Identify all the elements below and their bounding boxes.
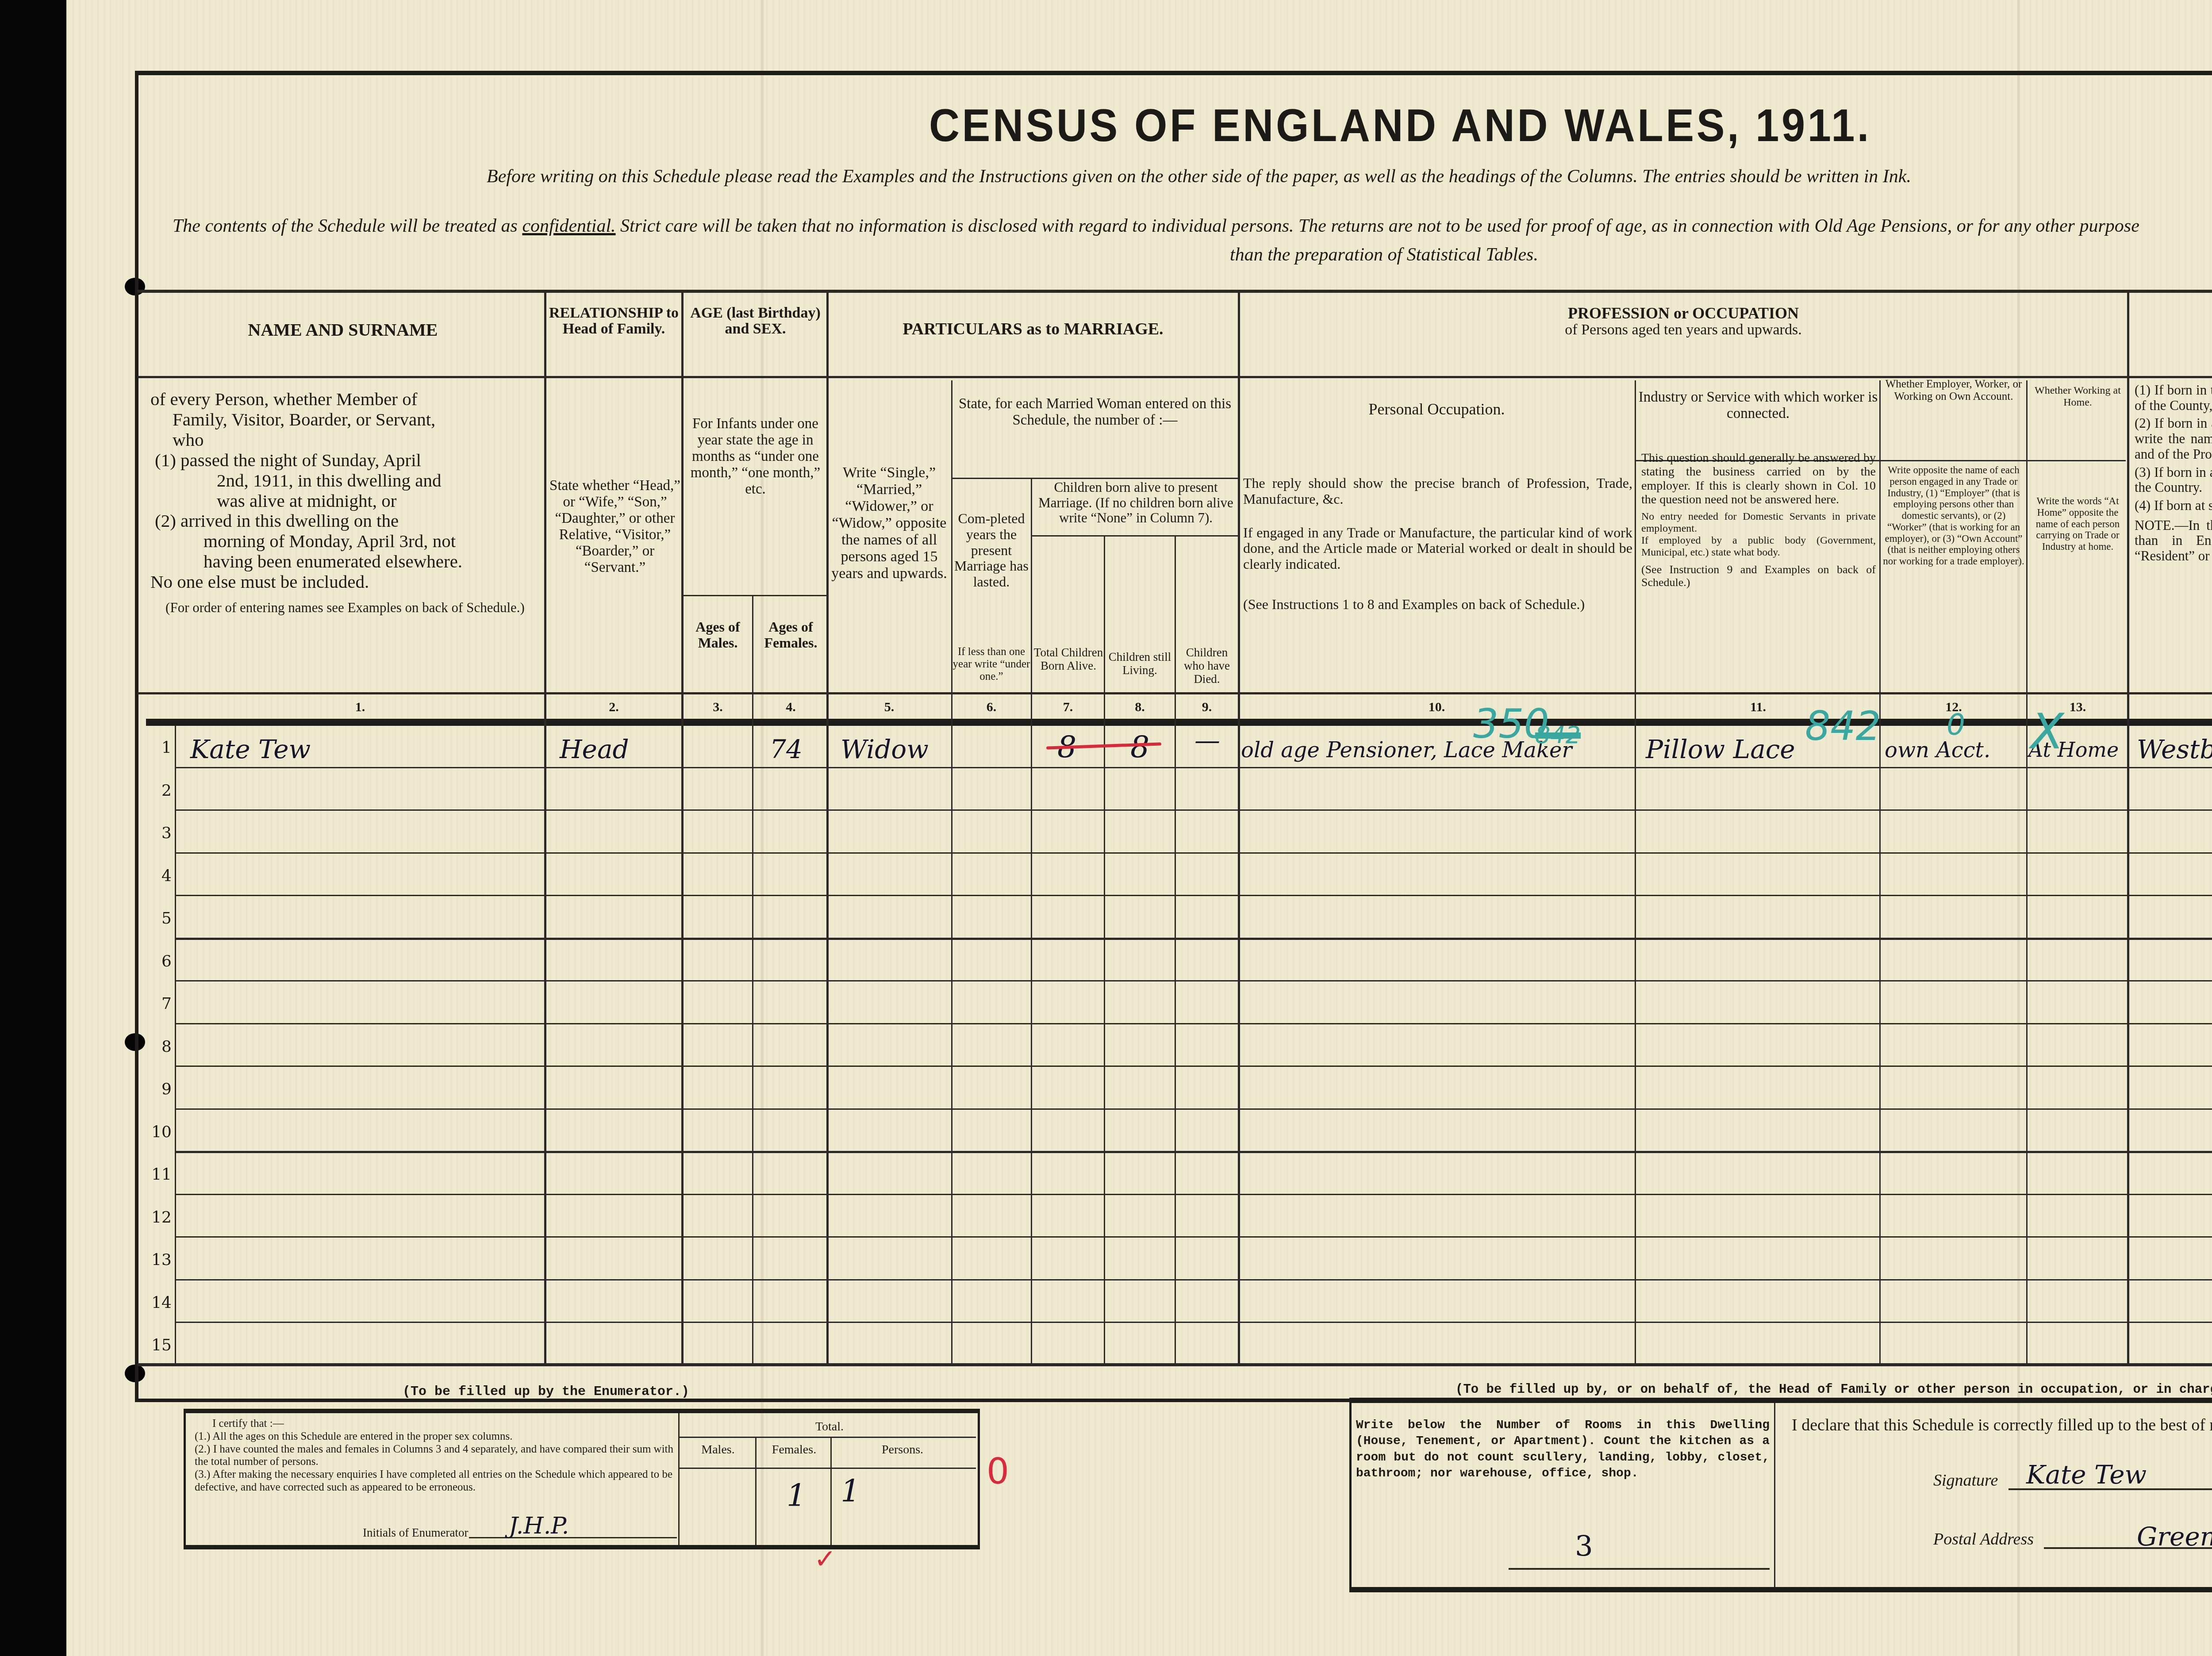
entry-age-female[interactable]: 74 — [770, 734, 803, 764]
row-rule — [176, 1066, 2212, 1067]
row-number: 8 — [145, 1038, 172, 1056]
rooms-instruction: Write below the Number of Rooms in this … — [1356, 1418, 1770, 1482]
header-name: NAME AND SURNAME — [142, 321, 544, 339]
address-label: Postal Address — [1933, 1529, 2034, 1549]
entry-children-living[interactable]: 8 — [1130, 730, 1149, 765]
red-zero-mark: 0 — [987, 1451, 1009, 1492]
row-number: 15 — [145, 1336, 172, 1354]
header-employer: Whether Employer, Worker, or Working on … — [1881, 378, 2026, 403]
colnum-5: 5. — [827, 700, 951, 715]
confidential-word: confidential. — [522, 216, 615, 236]
header-industry: Industry or Service with which worker is… — [1637, 389, 1879, 422]
teal-status-code: 0 — [1947, 708, 1965, 742]
row-number: 10 — [145, 1123, 172, 1141]
header-birthplace: BIRTHPLACE of every person. — [2129, 310, 2212, 340]
red-tick-mark: ✓ — [814, 1544, 836, 1575]
header-ages-males: Ages of Males. — [684, 619, 752, 651]
entry-industry[interactable]: Pillow Lace — [1646, 734, 1795, 764]
head-box-sep — [1774, 1403, 1775, 1587]
colnum-4: 4. — [754, 700, 827, 715]
birthplace-instructions: (1) If born in the United Kingdom, write… — [2135, 383, 2212, 564]
persons-value[interactable]: 1 — [841, 1473, 907, 1509]
row-rule — [176, 1322, 2212, 1323]
colnum-7: 7. — [1032, 700, 1104, 715]
header-personal-occupation: Personal Occupation. — [1241, 400, 1632, 418]
initials-line — [469, 1537, 677, 1538]
colnum-2: 2. — [546, 700, 681, 715]
col-sep — [752, 595, 753, 1365]
row-number: 9 — [145, 1080, 172, 1098]
age-split-line — [681, 595, 827, 596]
header-relationship: RELATIONSHIP to Head of Family. — [546, 305, 681, 337]
married-woman-line — [951, 478, 1239, 479]
condition-instructions: Write “Single,” “Married,” “Widower,” or… — [829, 464, 949, 583]
row-number: 12 — [145, 1208, 172, 1227]
row-rule — [176, 767, 2212, 768]
enumerator-caption: (To be filled up by the Enumerator.) — [403, 1384, 689, 1399]
col-sep — [1238, 290, 1240, 1365]
colnum-10: 10. — [1239, 700, 1635, 715]
declaration-text: I declare that this Schedule is correctl… — [1792, 1415, 2212, 1435]
children-instructions: Children born alive to present Marriage.… — [1033, 480, 1239, 526]
row-number: 14 — [145, 1294, 172, 1312]
page-title: CENSUS OF ENGLAND AND WALES, 1911. — [929, 100, 1871, 152]
initials-value[interactable]: J.H.P. — [509, 1513, 569, 1539]
females-label: Females. — [757, 1443, 832, 1457]
signature-value[interactable]: Kate Tew — [2026, 1460, 2147, 1490]
totals-sep — [830, 1437, 832, 1545]
header-ages-females: Ages of Females. — [754, 619, 827, 651]
confidential-notice: The contents of the Schedule will be tre… — [173, 215, 2139, 237]
enumerator-certification: I certify that :— (1.) All the ages on t… — [195, 1418, 675, 1494]
row-rule — [176, 1108, 2212, 1110]
head-caption: (To be filled up by, or on behalf of, th… — [1455, 1382, 2212, 1397]
name-instructions: of every Person, whether Member of Famil… — [150, 389, 540, 616]
row-number: 5 — [145, 909, 172, 928]
row-number: 2 — [145, 782, 172, 800]
entry-employment-status[interactable]: own Acct. — [1885, 738, 1990, 763]
relationship-instructions: State whether “Head,” or “Wife,” “Son,” … — [549, 478, 681, 576]
entry-condition[interactable]: Widow — [841, 734, 929, 764]
totals-line — [680, 1437, 976, 1438]
col-sep — [2026, 380, 2028, 1365]
children-line — [1031, 535, 1239, 537]
personal-occupation-instructions: The reply should show the precise branch… — [1243, 475, 1632, 613]
entry-birthplace[interactable]: Westbury Buckingham — [2137, 734, 2212, 764]
header-children-living: Children still Living. — [1105, 650, 1175, 677]
teal-home-mark: X — [2031, 703, 2064, 760]
row-number: 4 — [145, 867, 172, 885]
signature-label: Signature — [1933, 1471, 1998, 1490]
confidential-notice-line2: than the preparation of Statistical Tabl… — [1230, 244, 1538, 265]
years-married-note: If less than one year write “under one.” — [952, 646, 1031, 683]
females-value[interactable]: 1 — [763, 1477, 829, 1514]
industry-instructions: This question should generally be answer… — [1641, 451, 1876, 589]
row-rule — [176, 809, 2212, 811]
row-rule — [176, 980, 2212, 981]
header-children-total: Total Children Born Alive. — [1033, 646, 1104, 672]
header-years-married: Com-pleted years the present Marriage ha… — [952, 511, 1031, 590]
colnum-6: 6. — [952, 700, 1031, 715]
form-frame — [135, 71, 2212, 1402]
row-rule — [176, 1279, 2212, 1280]
colnum-3: 3. — [684, 700, 752, 715]
row-number-sep — [175, 725, 176, 1365]
colnum-1: 1. — [176, 700, 544, 715]
row-number: 11 — [145, 1165, 172, 1184]
row-rule — [176, 852, 2212, 854]
row-rule — [176, 895, 2212, 896]
colnum-14: 14 — [2129, 700, 2212, 715]
entry-relationship[interactable]: Head — [560, 734, 629, 764]
at-home-instructions: Write the words “At Home” opposite the n… — [2028, 495, 2127, 552]
col-sep — [544, 290, 546, 1365]
col-sep — [1879, 380, 1881, 1365]
row-number: 3 — [145, 824, 172, 842]
row-number: 1 — [145, 739, 172, 757]
header-at-home: Whether Working at Home. — [2028, 385, 2127, 409]
header-age: AGE (last Birthday) and SEX. — [684, 305, 827, 337]
initials-label: Initials of Enumerator — [363, 1526, 468, 1540]
teal-struck-code: 842 — [1535, 721, 1581, 749]
row-number: 6 — [145, 952, 172, 970]
row-rule — [176, 1194, 2212, 1195]
entry-name[interactable]: Kate Tew — [190, 734, 311, 764]
rooms-value[interactable]: 3 — [1575, 1530, 1593, 1563]
row-rule — [176, 1151, 2212, 1153]
totals-sep — [678, 1413, 680, 1545]
totals-line — [680, 1468, 976, 1469]
married-woman-instructions: State, for each Married Woman entered on… — [953, 396, 1237, 429]
header-children-died: Children who have Died. — [1176, 646, 1238, 686]
instruction-line: Before writing on this Schedule please r… — [487, 166, 1911, 187]
age-instructions: For Infants under one year state the age… — [684, 416, 827, 498]
rooms-line — [1509, 1568, 1770, 1570]
males-label: Males. — [680, 1443, 756, 1457]
row-number: 7 — [145, 995, 172, 1013]
col-sep — [1635, 380, 1636, 1365]
totals-sep — [755, 1437, 757, 1545]
teal-industry-code: 842 — [1805, 703, 1881, 750]
colnum-8: 8. — [1105, 700, 1175, 715]
row-rule — [176, 1023, 2212, 1024]
address-line1[interactable]: Greens Norton Towcester — [2137, 1522, 2212, 1552]
col-sep — [1031, 478, 1032, 1365]
colnum-9: 9. — [1176, 700, 1238, 715]
employer-instructions: Write opposite the name of each person e… — [1881, 464, 2026, 567]
row-number: 13 — [145, 1251, 172, 1269]
row-rule — [176, 1236, 2212, 1238]
table-top-border — [137, 290, 2212, 293]
col-sep — [2127, 290, 2129, 1365]
persons-label: Persons. — [832, 1443, 973, 1457]
entry-children-died[interactable]: — — [1194, 725, 1220, 755]
header-marriage: PARTICULARS as to MARRIAGE. — [827, 321, 1239, 338]
row-rule — [176, 938, 2212, 940]
total-label: Total. — [681, 1420, 978, 1434]
header-occupation: PROFESSION or OCCUPATION of Persons aged… — [1239, 305, 2128, 337]
column-number-rule — [146, 719, 2212, 726]
table-bottom-border — [137, 1363, 2212, 1366]
